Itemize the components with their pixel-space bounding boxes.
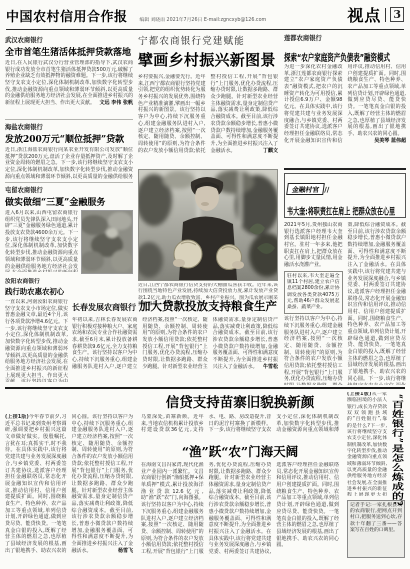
vertical-headline: “百姓银行”是怎么炼成的? [388, 394, 405, 512]
article-kicker: 海盐农商银行 [5, 122, 133, 131]
badge-slash-decoration: ∕∕ [324, 186, 329, 194]
credit-article-headline: 信贷支持苗寨旧貌换新颜 [141, 391, 339, 411]
page-number: 3 [390, 7, 404, 22]
masthead-meta: 编辑 刘晓雨 2021年7月26日 E-mail:zgncxyb@126.com [140, 16, 348, 29]
article-headline: 践行助农惠农初心 [5, 286, 68, 297]
bottom-middle-articles: 信贷支持苗寨旧貌换新颜 乌蒙深处,苗寨新颜。近年来,当地农信机构累计投放乡村建设… [141, 389, 339, 566]
feature-head: 金融村官∕∕ 韦大奎:将职责扛在肩上 把群众放在心里 [284, 173, 406, 218]
article-headline: 探索“农户家庭资产负债表”融资模式 [284, 51, 390, 64]
feature-body: 2021年5月,贵州独山农商银行选派客户经理韦大奎到基长镇阳地村担任金融村官。驻… [284, 222, 406, 385]
bottom-section: (上接1版)今年春节前夕,习近平总书记来到贵州考察调研,强调要把乡村振兴这篇文章… [5, 387, 405, 566]
melon-farmer-photo [138, 169, 278, 281]
article-headline: 加大贷款投放支持粮食生产 [139, 298, 277, 314]
article-kicker: 汝阳农商银行 [5, 276, 68, 285]
article-kicker: 屯留农商银行 [5, 185, 133, 194]
changchun-article: 长春发展农商银行 加大贷款投放支持粮食生产 年初以来,吉林长春发展农商银行积极对… [72, 298, 278, 384]
melon-farmer-photo-svg [139, 170, 277, 280]
main-article-kicker: 宁都农商银行党建赋能 [138, 33, 278, 47]
right-column: 莲都农商银行 探索“农户家庭资产负债表”融资模式 为进一步深化农村金融改革,浙江… [284, 33, 406, 385]
article-body: 年初以来,吉林长春发展农商银行积极对接种粮大户、家庭农场和农民专业合作社融资需求… [72, 317, 278, 375]
article-tunliu: 屯留农商银行 做实做细“三夏”金融服务 进入6月以来,山西屯留农商银行组织党员先… [5, 182, 133, 274]
bank-story-article: “百姓银行”是怎么炼成的? (上接1版)从一家濒临困境的小法人银行,成长为存贷款… [347, 389, 405, 566]
article-headline: 做实做细“三夏”金融服务 [5, 195, 133, 208]
article-body: 近日,浙江海盐农商银行向某农业开发有限公司发放“顺位抵押”贷款200万元,盘活了… [5, 147, 133, 179]
article-body: 为进一步深化农村金融改革,浙江莲都农商银行探索建立“农户家庭资产负债表”融资模式… [284, 64, 406, 160]
article-ruyang: 汝阳农商银行 践行助农惠农初心 一直以来,河南汝阳农商银行坚守支农支小市场定位,… [5, 276, 68, 382]
main-article-signature: 丁麒文 [263, 148, 278, 155]
newspaper-page: 中国农村信用合作报 编辑 刘晓雨 2021年7月26日 E-mail:zgncx… [0, 0, 410, 569]
article-wuhan: 武汉农商银行 全市首笔生猪活体抵押贷款落地 近日,在人民银行武汉分行营业管理部的… [5, 33, 133, 116]
section-name: 视点 [347, 3, 381, 26]
article-headline: 全市首笔生猪活体抵押贷款落地 [5, 45, 133, 58]
article-signature: 牛雪松 [263, 364, 278, 371]
article-kicker: 长春发展农商银行 [72, 302, 136, 313]
article-liandu: 莲都农商银行 探索“农户家庭资产负债表”融资模式 为进一步深化农村金融改革,浙江… [284, 33, 406, 160]
section-divider [385, 8, 386, 22]
continued-mark: (上接1版) [347, 392, 371, 397]
article-kicker: 莲都农商银行 [284, 33, 406, 42]
article-body-with-photo: 进入6月以来,山西屯留农商银行组织党员先锋队深入田间地头,开辟“三夏”金融服务绿… [5, 210, 133, 274]
article-kicker: 武汉农商银行 [5, 35, 133, 44]
fishing-article-body: 在海南文昌冯家湾,现代化渔业产业园内一派繁忙。文昌农商银行创新“渔船抵押+保单质… [141, 462, 339, 560]
section-block: 视点 3 [347, 3, 404, 29]
article-haiyan: 海盐农商银行 发放200万元“顺位抵押”贷款 近日,浙江海盐农商银行向某农业开发… [5, 119, 133, 179]
feature-inset-box: 驻村以来,韦大奎走遍全镇11个村居,建立农户信息档案2800余份,累计协调发放各… [284, 271, 343, 314]
article-signature: 杨雪飞 [118, 548, 133, 555]
article-body: 一直以来,河南汝阳农商银行坚守支农支小市场定位,做实普惠金融文章,最近4个月,该… [5, 299, 68, 382]
article-body: 进入6月以来,山西屯留农商银行组织党员先锋队深入田间地头,开辟“三夏”金融服务绿… [5, 210, 78, 272]
main-article-headline: 擘画乡村振兴新图景 [138, 49, 278, 70]
masthead: 中国农村信用合作报 编辑 刘晓雨 2021年7月26日 E-mail:zgncx… [6, 3, 404, 30]
changchun-article-head: 长春发展农商银行 加大贷款投放支持粮食生产 [72, 298, 278, 314]
field-photo [81, 210, 133, 274]
article-signature: 文远 李伟 张帆 [100, 100, 133, 107]
article-body: 近日,在人民银行武汉分行营业管理部的指导下,武汉农商银行成功发放全市首笔生猪活体… [5, 60, 133, 116]
credit-article-body: 乌蒙深处,苗寨新颜。近年来,当地农信机构累计投放乡村建设贷款36亿元,支持水、电… [141, 414, 339, 439]
continued-article: (上接1版)今年春节前夕,习近平总书记来到贵州考察调研,强调要把乡村振兴这篇文章… [5, 389, 133, 566]
left-column: 武汉农商银行 全市首笔生猪活体抵押贷款落地 近日,在人民银行武汉分行营业管理部的… [5, 33, 133, 274]
fishing-article-headline: “渔”跃“农”门海天阔 [141, 442, 339, 460]
paper-name: 中国农村信用合作报 [6, 6, 128, 29]
feature-headline: 韦大奎:将职责扛在肩上 把群众放在心里 [287, 204, 395, 218]
continued-mark: (上接1版) [5, 414, 29, 420]
main-article-body: 乡村要振兴,金融要先行。近年来,江西宁都农商银行坚持党建引领,把党的组织优势转化… [138, 74, 278, 166]
article-signature: 吴美琴 蓝伟超 [374, 138, 406, 145]
financial-village-officer-section: 金融村官∕∕ 韦大奎:将职责扛在肩上 把群众放在心里 2021年5月,贵州独山农… [284, 168, 406, 385]
article-headline: 发放200万元“顺位抵押”贷款 [5, 132, 133, 145]
article-body: (上接1版)从一家濒临困境的小法人银行,成长为存贷款双双领跑县域的“百姓银行”,… [347, 392, 387, 496]
article-body: (上接1版)今年春节前夕,习近平总书记来到贵州考察调研,强调要把乡村振兴这篇文章… [5, 414, 133, 560]
column-badge: 金融村官 [286, 183, 325, 195]
main-article: 宁都农商银行党建赋能 擘画乡村振兴新图景 乡村要振兴,金融要先行。近年来,江西宁… [138, 33, 278, 307]
